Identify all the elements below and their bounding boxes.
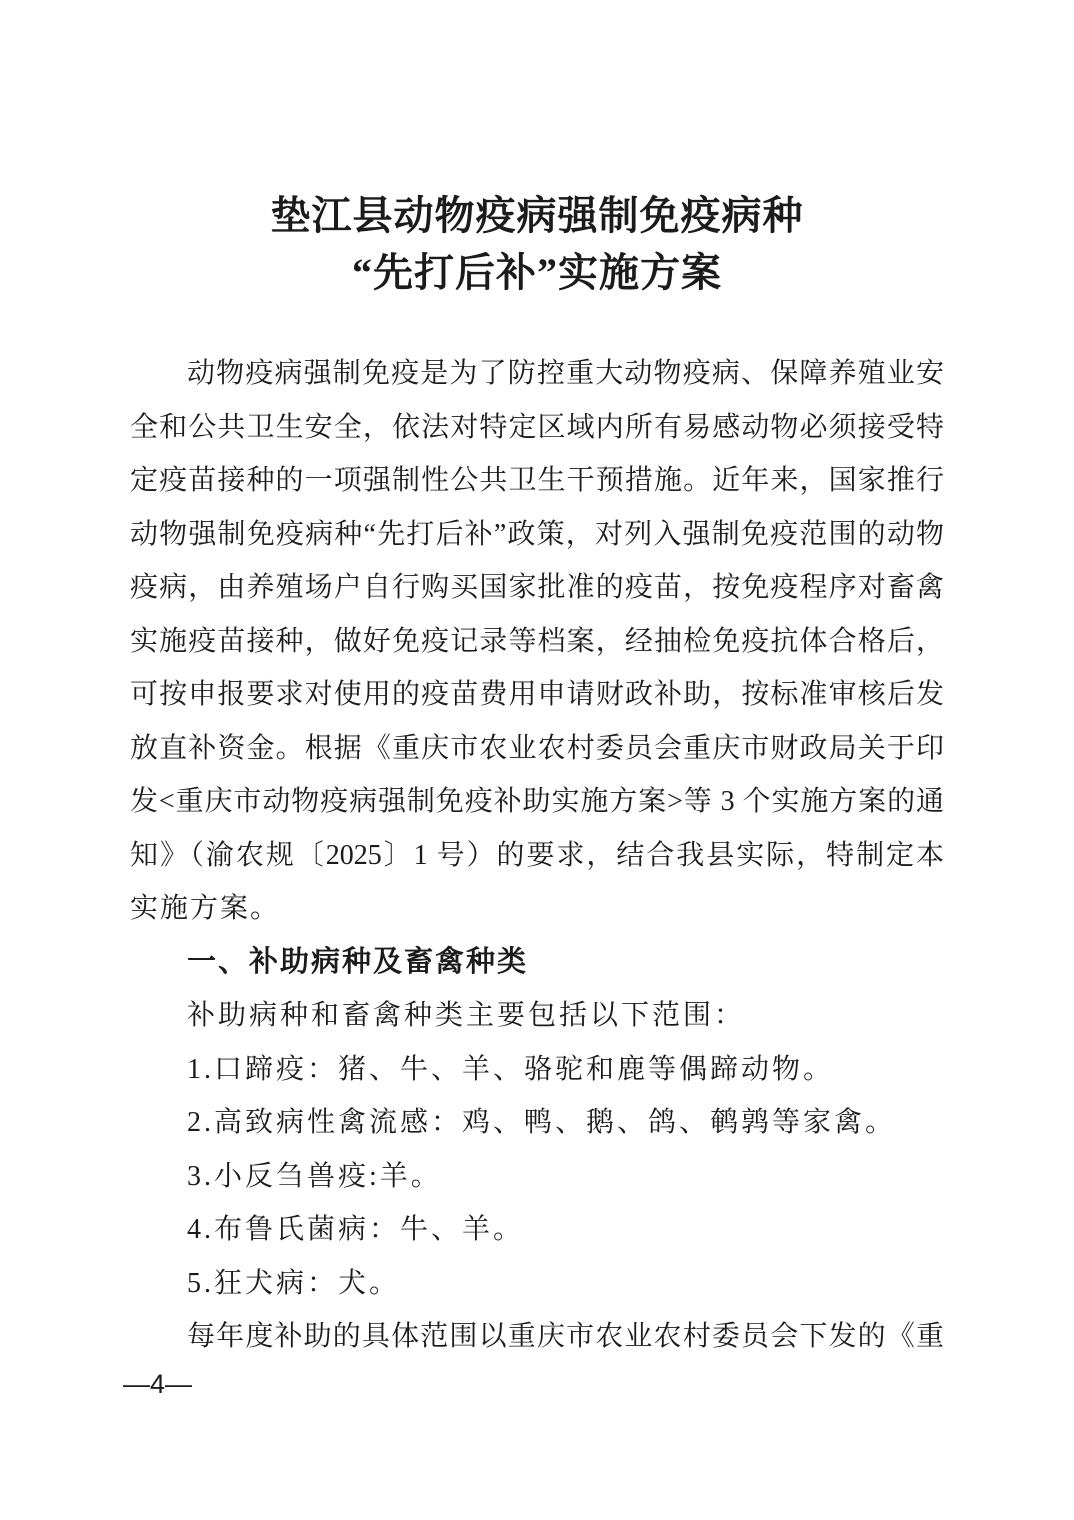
paragraph-line: 实施疫苗接种，做好免疫记录等档案，经抽检免疫抗体合格后，	[130, 615, 944, 669]
section-heading: 一、补助病种及畜禽种类	[130, 936, 944, 990]
paragraph-line: 每年度补助的具体范围以重庆市农业农村委员会下发的《重	[130, 1310, 944, 1364]
list-item: 5.狂犬病：犬。	[130, 1257, 944, 1311]
list-item: 1.口蹄疫：猪、牛、羊、骆驼和鹿等偶蹄动物。	[130, 1043, 944, 1097]
document-title-line-1: 垫江县动物疫病强制免疫病种	[130, 187, 944, 244]
list-item: 2.高致病性禽流感：鸡、鸭、鹅、鸽、鹌鹑等家禽。	[130, 1096, 944, 1150]
document-page: 垫江县动物疫病强制免疫病种 “先打后补”实施方案 动物疫病强制免疫是为了防控重大…	[0, 0, 1074, 1520]
paragraph-line: 放直补资金。根据《重庆市农业农村委员会重庆市财政局关于印	[130, 722, 944, 776]
paragraph-line: 全和公共卫生安全，依法对特定区域内所有易感动物必须接受特	[130, 401, 944, 455]
paragraph-line: 发<重庆市动物疫病强制免疫补助实施方案>等 3 个实施方案的通	[130, 775, 944, 829]
document-body: 动物疫病强制免疫是为了防控重大动物疫病、保障养殖业安 全和公共卫生安全，依法对特…	[130, 347, 944, 1364]
list-item: 4.布鲁氏菌病：牛、羊。	[130, 1203, 944, 1257]
page-content: 垫江县动物疫病强制免疫病种 “先打后补”实施方案 动物疫病强制免疫是为了防控重大…	[130, 0, 944, 1364]
list-item: 3.小反刍兽疫:羊。	[130, 1150, 944, 1204]
paragraph-line: 动物疫病强制免疫是为了防控重大动物疫病、保障养殖业安	[130, 347, 944, 401]
paragraph-line: 可按申报要求对使用的疫苗费用申请财政补助，按标准审核后发	[130, 668, 944, 722]
document-title: 垫江县动物疫病强制免疫病种 “先打后补”实施方案	[130, 187, 944, 301]
paragraph-line: 定疫苗接种的一项强制性公共卫生干预措施。近年来，国家推行	[130, 454, 944, 508]
page-number: —4—	[123, 1369, 192, 1399]
document-title-line-2: “先打后补”实施方案	[130, 244, 944, 301]
paragraph-line: 实施方案。	[130, 882, 944, 936]
paragraph-line: 疫病，由养殖场户自行购买国家批准的疫苗，按免疫程序对畜禽	[130, 561, 944, 615]
section-intro: 补助病种和畜禽种类主要包括以下范围：	[130, 989, 944, 1043]
paragraph-line: 知》（渝农规〔2025〕1 号）的要求，结合我县实际，特制定本	[130, 829, 944, 883]
paragraph-line: 动物强制免疫病种“先打后补”政策，对列入强制免疫范围的动物	[130, 508, 944, 562]
